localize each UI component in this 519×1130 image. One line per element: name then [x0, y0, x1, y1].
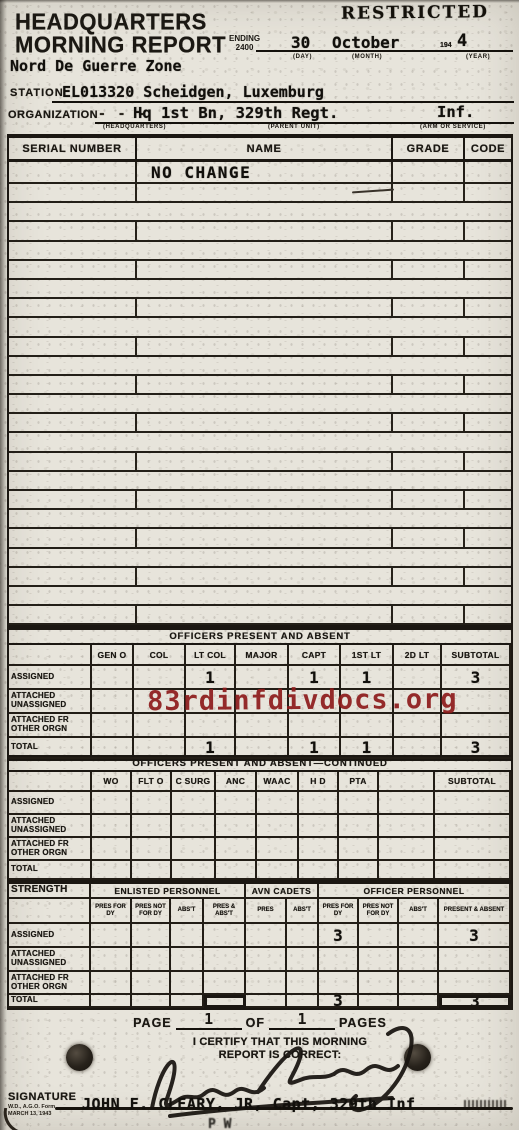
cell	[379, 838, 435, 861]
empty-cell	[137, 453, 393, 470]
cell	[299, 792, 339, 815]
report-year-digit: 4	[457, 31, 467, 51]
roster-empty-row	[9, 318, 511, 337]
empty-cell	[137, 280, 393, 297]
cell	[91, 948, 132, 972]
morning-report-scan: RESTRICTED HEADQUARTERS MORNING REPORT E…	[0, 0, 519, 1130]
cell	[172, 838, 216, 861]
cell	[435, 792, 511, 815]
empty-cell	[9, 529, 137, 546]
roster-empty-row	[9, 549, 511, 568]
empty-cell	[393, 222, 465, 239]
cell: ATTACHED UNASSIGNED	[9, 948, 91, 972]
empty-cell	[137, 357, 393, 374]
cell	[92, 666, 134, 690]
cell: ABS'T	[171, 899, 204, 924]
roster-empty-row	[9, 453, 511, 472]
empty-cell	[465, 587, 511, 604]
roster-empty-row	[9, 203, 511, 222]
signature-label: SIGNATURE	[8, 1091, 76, 1103]
empty-cell	[9, 222, 137, 239]
cell: ASSIGNED	[9, 666, 92, 690]
empty-cell	[465, 606, 511, 623]
empty-cell	[393, 280, 465, 297]
empty-cell	[393, 184, 465, 201]
empty-cell	[9, 491, 137, 508]
cell: ANC	[216, 772, 257, 792]
cell: ATTACHED UNASSIGNED	[9, 815, 92, 838]
cell: PRES FOR DY	[91, 899, 132, 924]
empty-cell	[9, 472, 137, 489]
cell	[92, 792, 132, 815]
cell: ATTACHED FR OTHER ORGN	[9, 838, 92, 861]
cell	[257, 861, 299, 880]
report-day: 30	[291, 33, 310, 52]
year-underline	[437, 50, 513, 52]
roster-entry-row: NO CHANGE	[9, 162, 511, 184]
cell	[435, 815, 511, 838]
roster-empty-row	[9, 510, 511, 529]
cell	[299, 838, 339, 861]
cell: SUBTOTAL	[442, 645, 511, 666]
empty-cell	[393, 376, 465, 393]
cell	[92, 861, 132, 880]
empty-cell	[137, 472, 393, 489]
empty-cell	[465, 414, 511, 431]
cell: 3	[319, 924, 359, 948]
empty-cell	[465, 242, 511, 259]
cell: GEN O	[92, 645, 134, 666]
empty-cell	[137, 338, 393, 355]
cell	[439, 972, 511, 995]
cell	[442, 714, 511, 738]
roster-empty-row	[9, 568, 511, 587]
cell	[91, 972, 132, 995]
empty-cell	[9, 280, 137, 297]
roster-empty-row	[9, 587, 511, 606]
empty-cell	[465, 491, 511, 508]
cell	[339, 792, 379, 815]
cell	[257, 792, 299, 815]
empty-cell	[465, 433, 511, 450]
cell	[92, 714, 134, 738]
empty-cell	[137, 568, 393, 585]
cell	[435, 861, 511, 880]
empty-cell	[393, 338, 465, 355]
empty-cell	[137, 491, 393, 508]
empty-cell	[9, 395, 137, 412]
cell	[379, 861, 435, 880]
empty-cell	[393, 357, 465, 374]
cell: ASSIGNED	[9, 924, 91, 948]
cell: SUBTOTAL	[435, 772, 511, 792]
punch-hole-left	[66, 1044, 93, 1071]
roster-empty-row	[9, 184, 511, 203]
ink-smudge	[464, 1100, 506, 1108]
cell	[216, 815, 257, 838]
cell: PTA	[339, 772, 379, 792]
empty-cell	[393, 549, 465, 566]
empty-cell	[9, 453, 137, 470]
empty-cell	[137, 222, 393, 239]
roster-empty-row	[9, 242, 511, 261]
roster-empty-row	[9, 338, 511, 357]
cell	[172, 792, 216, 815]
empty-cell	[9, 203, 137, 220]
empty-cell	[393, 587, 465, 604]
cell	[379, 792, 435, 815]
watermark-text: 83rdinfdivdocs.org	[147, 684, 458, 717]
officers-title: OFFICERS PRESENT AND ABSENT	[9, 630, 511, 645]
cell: 2D LT	[394, 645, 442, 666]
cell	[287, 995, 319, 1008]
roster-empty-row	[9, 472, 511, 491]
roster-empty-row	[9, 222, 511, 241]
empty-cell	[465, 222, 511, 239]
cell	[9, 899, 91, 924]
cell: PRES NOT FOR DY	[132, 899, 171, 924]
ending-word: ENDING	[229, 34, 260, 43]
cell: OFFICER PERSONNEL	[319, 884, 511, 899]
empty-cell	[137, 433, 393, 450]
cell: ATTACHED FR OTHER ORGN	[9, 714, 92, 738]
cell: CAPT	[289, 645, 341, 666]
cell: ENLISTED PERSONNEL	[91, 884, 246, 899]
cell	[171, 972, 204, 995]
cell: 3	[439, 924, 511, 948]
cell	[92, 690, 134, 714]
empty-cell	[137, 376, 393, 393]
empty-cell	[393, 203, 465, 220]
empty-cell	[393, 395, 465, 412]
empty-cell	[393, 472, 465, 489]
roster-empty-row	[9, 529, 511, 548]
cell	[319, 948, 359, 972]
empty-cell	[465, 357, 511, 374]
strength-grid: STRENGTHENLISTED PERSONNELAVN CADETSOFFI…	[9, 884, 511, 1008]
cell	[246, 995, 287, 1008]
cell: ATTACHED UNASSIGNED	[9, 690, 92, 714]
cell	[216, 838, 257, 861]
cell: 3	[439, 995, 511, 1008]
col-serial-number: SERIAL NUMBER	[9, 138, 137, 159]
roster-empty-row	[9, 376, 511, 395]
officers-continued-title: OFFICERS PRESENT AND ABSENT—CONTINUED	[9, 757, 511, 772]
roster-empty-row	[9, 606, 511, 625]
organization-label: ORGANIZATION	[8, 109, 98, 121]
empty-cell	[9, 338, 137, 355]
empty-cell	[465, 510, 511, 527]
year-printed-digits: 194	[440, 42, 452, 49]
morning-report-title: MORNING REPORT	[15, 31, 226, 58]
empty-cell	[9, 261, 137, 278]
cell	[287, 948, 319, 972]
cell: ABS'T	[399, 899, 439, 924]
empty-cell	[393, 568, 465, 585]
roster-empty-row	[9, 433, 511, 452]
cell	[359, 948, 399, 972]
roster-empty-row	[9, 261, 511, 280]
cell: H D	[299, 772, 339, 792]
cell: TOTAL	[9, 861, 92, 880]
cell: TOTAL	[9, 995, 91, 1008]
empty-cell	[393, 433, 465, 450]
day-caption: (DAY)	[293, 54, 312, 60]
empty-cell	[137, 203, 393, 220]
cell	[132, 815, 172, 838]
cell	[359, 972, 399, 995]
grade-cell	[393, 162, 465, 182]
empty-cell	[9, 184, 137, 201]
empty-cell	[137, 242, 393, 259]
empty-cell	[9, 433, 137, 450]
roster-empty-row	[9, 491, 511, 510]
cell	[339, 861, 379, 880]
bottom-partial-text: P W	[208, 1117, 231, 1130]
cell: PRES & ABS'T	[204, 899, 246, 924]
cell	[257, 815, 299, 838]
empty-cell	[465, 453, 511, 470]
col-code: CODE	[465, 138, 511, 159]
cell	[171, 948, 204, 972]
cell	[132, 948, 171, 972]
cell	[257, 838, 299, 861]
cell: ATTACHED FR OTHER ORGN	[9, 972, 91, 995]
cell: 1ST LT	[341, 645, 394, 666]
officers-continued-grid: WOFLT OC SURGANCWAACH DPTASUBTOTALASSIGN…	[9, 772, 511, 880]
roster-empty-row	[9, 414, 511, 433]
cell	[339, 815, 379, 838]
cell	[246, 948, 287, 972]
cell: PRES	[246, 899, 287, 924]
empty-cell	[465, 338, 511, 355]
cell	[399, 972, 439, 995]
cell	[9, 645, 92, 666]
cell: 3	[319, 995, 359, 1008]
empty-cell	[137, 510, 393, 527]
empty-cell	[137, 261, 393, 278]
cell	[171, 924, 204, 948]
month-caption: (MONTH)	[352, 54, 382, 60]
cell	[204, 948, 246, 972]
cell	[91, 924, 132, 948]
caption-parent-unit: (PARENT UNIT)	[268, 124, 320, 130]
cell	[439, 948, 511, 972]
cell	[132, 924, 171, 948]
cell: AVN CADETS	[246, 884, 319, 899]
cell: COL	[134, 645, 186, 666]
empty-cell	[465, 529, 511, 546]
empty-cell	[465, 318, 511, 335]
cell	[172, 861, 216, 880]
empty-cell	[393, 318, 465, 335]
cell	[186, 714, 236, 738]
empty-cell	[9, 299, 137, 316]
cell: STRENGTH	[9, 884, 91, 899]
cell	[171, 995, 204, 1008]
code-cell	[465, 162, 511, 182]
roster-empty-row	[9, 395, 511, 414]
no-change-entry: NO CHANGE	[137, 162, 393, 182]
empty-cell	[9, 606, 137, 623]
empty-cell	[137, 414, 393, 431]
cell	[246, 972, 287, 995]
roster-empty-row	[9, 357, 511, 376]
cell	[9, 772, 92, 792]
cell	[289, 714, 341, 738]
cell: MAJOR	[236, 645, 289, 666]
station-value: EL013320 Scheidgen, Luxemburg	[62, 83, 324, 101]
empty-cell	[393, 606, 465, 623]
empty-cell	[9, 549, 137, 566]
empty-cell	[465, 568, 511, 585]
roster-empty-row	[9, 299, 511, 318]
empty-cell	[465, 395, 511, 412]
empty-cell	[137, 529, 393, 546]
cell: LT COL	[186, 645, 236, 666]
cell: PRESENT & ABSENT	[439, 899, 511, 924]
cell	[92, 815, 132, 838]
cell	[287, 924, 319, 948]
cell	[204, 995, 246, 1008]
serial-cell	[9, 162, 137, 182]
cell	[92, 838, 132, 861]
caption-headquarters: (HEADQUARTERS)	[103, 124, 166, 130]
cell	[132, 861, 172, 880]
cell: PRES FOR DY	[319, 899, 359, 924]
empty-cell	[465, 280, 511, 297]
empty-cell	[9, 414, 137, 431]
cell	[299, 815, 339, 838]
cell: WO	[92, 772, 132, 792]
empty-cell	[137, 318, 393, 335]
cell	[341, 714, 394, 738]
cell	[435, 838, 511, 861]
empty-cell	[393, 453, 465, 470]
empty-cell	[465, 549, 511, 566]
cell	[394, 714, 442, 738]
roster-table: SERIAL NUMBER NAME GRADE CODE NO CHANGE	[7, 134, 513, 628]
cell: ABS'T	[287, 899, 319, 924]
caption-arm-or-service: (ARM OR SERVICE)	[420, 124, 486, 130]
empty-cell	[393, 242, 465, 259]
cell	[299, 861, 339, 880]
officers-continued-table: OFFICERS PRESENT AND ABSENT—CONTINUED WO…	[7, 755, 513, 882]
empty-cell	[9, 510, 137, 527]
empty-cell	[9, 376, 137, 393]
roster-empty-row	[9, 280, 511, 299]
strength-table: STRENGTHENLISTED PERSONNELAVN CADETSOFFI…	[7, 882, 513, 1010]
year-caption: (YEAR)	[466, 54, 490, 60]
empty-cell	[393, 414, 465, 431]
empty-cell	[9, 568, 137, 585]
cell: WAAC	[257, 772, 299, 792]
empty-cell	[9, 318, 137, 335]
cell	[132, 838, 172, 861]
cell	[399, 924, 439, 948]
empty-cell	[465, 261, 511, 278]
col-grade: GRADE	[393, 138, 465, 159]
cell	[132, 995, 171, 1008]
empty-cell	[137, 606, 393, 623]
report-month: October	[332, 33, 399, 52]
cell	[204, 972, 246, 995]
empty-cell	[9, 357, 137, 374]
cell	[132, 972, 171, 995]
empty-cell	[393, 491, 465, 508]
empty-cell	[465, 299, 511, 316]
cell	[91, 995, 132, 1008]
cell	[204, 924, 246, 948]
cell: C SURG	[172, 772, 216, 792]
cell	[246, 924, 287, 948]
cell	[379, 772, 435, 792]
empty-cell	[137, 299, 393, 316]
empty-cell	[393, 299, 465, 316]
empty-cell	[465, 376, 511, 393]
empty-cell	[393, 261, 465, 278]
empty-cell	[465, 203, 511, 220]
cell	[359, 924, 399, 948]
cell	[216, 861, 257, 880]
empty-cell	[137, 587, 393, 604]
empty-cell	[9, 242, 137, 259]
cell	[134, 714, 186, 738]
empty-cell	[393, 529, 465, 546]
cell	[132, 792, 172, 815]
scan-edge-left	[0, 0, 7, 1130]
cell	[339, 838, 379, 861]
cell	[399, 995, 439, 1008]
cell: ASSIGNED	[9, 792, 92, 815]
empty-cell	[465, 472, 511, 489]
col-name: NAME	[137, 138, 393, 159]
cell	[236, 714, 289, 738]
empty-cell	[137, 549, 393, 566]
organization-arm: Inf.	[437, 103, 474, 121]
cell	[319, 972, 359, 995]
restricted-stamp: RESTRICTED	[341, 2, 489, 24]
empty-cell	[465, 184, 511, 201]
roster-empty-rows	[9, 184, 511, 625]
cell	[359, 995, 399, 1008]
cell	[216, 792, 257, 815]
empty-cell	[9, 587, 137, 604]
cell	[287, 972, 319, 995]
cell: FLT O	[132, 772, 172, 792]
roster-header-row: SERIAL NUMBER NAME GRADE CODE	[9, 138, 511, 162]
empty-cell	[137, 395, 393, 412]
cell	[379, 815, 435, 838]
signed-name-typed: JOHN F. CLEARY, JR, Capt, 329th Inf	[82, 1095, 416, 1113]
cell	[172, 815, 216, 838]
cell	[399, 948, 439, 972]
zone-line: Nord De Guerre Zone	[10, 57, 182, 75]
organization-value: Hq 1st Bn, 329th Regt.	[133, 104, 338, 122]
empty-cell	[393, 510, 465, 527]
cell: PRES NOT FOR DY	[359, 899, 399, 924]
